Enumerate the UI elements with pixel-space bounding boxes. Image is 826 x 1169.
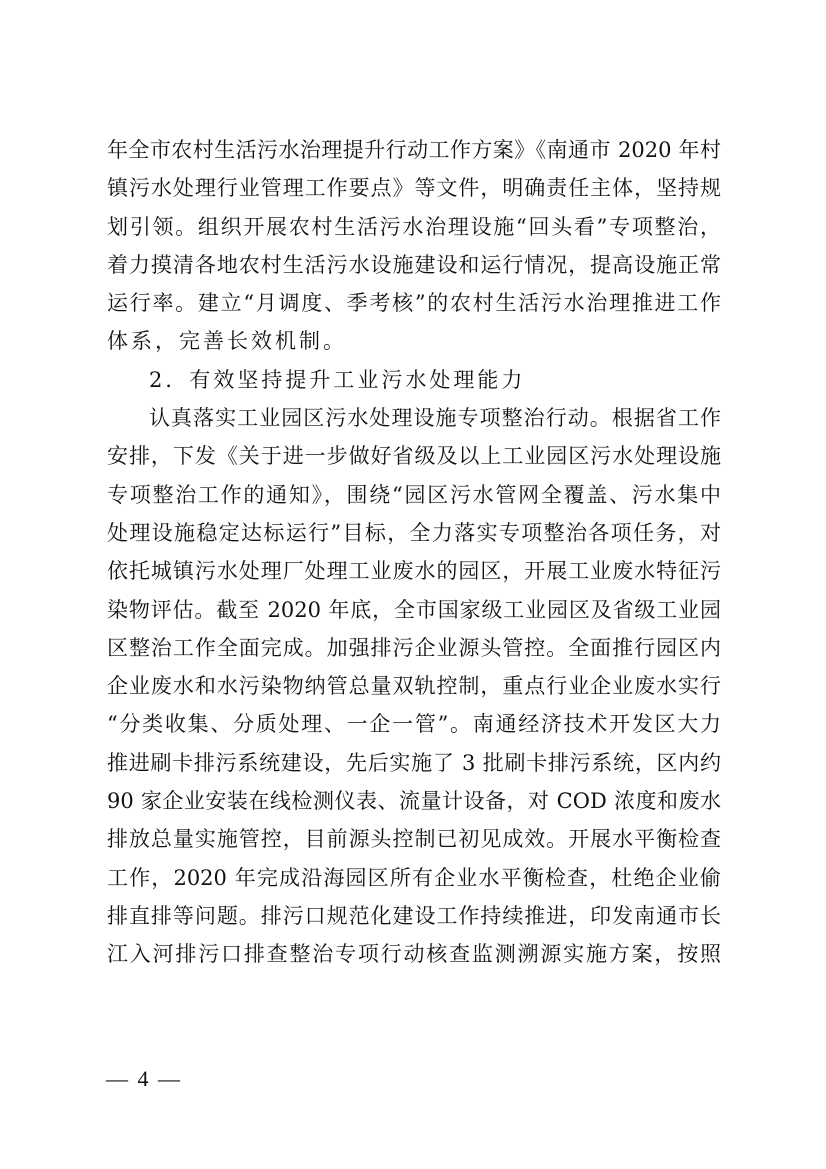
- text-line: 染物评估。截至 2020 年底，全市国家级工业园区及省级工业园: [107, 591, 721, 629]
- text-line: 企业废水和水污染物纳管总量双轨控制，重点行业企业废水实行: [107, 667, 721, 705]
- text-line: 区整治工作全面完成。加强排污企业源头管控。全面推行园区内: [107, 629, 721, 667]
- text-line: 排放总量实施管控，目前源头控制已初见成效。开展水平衡检查: [107, 820, 721, 858]
- text-line: 镇污水处理行业管理工作要点》等文件，明确责任主体，坚持规: [107, 169, 721, 207]
- text-line: 体系，完善长效机制。: [107, 322, 721, 360]
- text-line: 划引领。组织开展农村生活污水治理设施“回头看”专项整治，: [107, 208, 721, 246]
- text-line: 着力摸清各地农村生活污水设施建设和运行情况，提高设施正常: [107, 246, 721, 284]
- text-line: 安排，下发《关于进一步做好省级及以上工业园区污水处理设施: [107, 437, 721, 475]
- paragraph-industrial-sewage: 认真落实工业园区污水处理设施专项整治行动。根据省工作 安排，下发《关于进一步做好…: [107, 399, 721, 973]
- text-line: 依托城镇污水处理厂处理工业废水的园区，开展工业废水特征污: [107, 552, 721, 590]
- text-line: 工作，2020 年完成沿海园区所有企业水平衡检查，杜绝企业偷: [107, 859, 721, 897]
- text-line: 专项整治工作的通知》，围绕“园区污水管网全覆盖、污水集中: [107, 476, 721, 514]
- page-number: — 4 —: [106, 1064, 180, 1094]
- text-line: 认真落实工业园区污水处理设施专项整治行动。根据省工作: [107, 399, 721, 437]
- text-line: 90 家企业安装在线检测仪表、流量计设备，对 COD 浓度和废水: [107, 782, 721, 820]
- text-line: 运行率。建立“月调度、季考核”的农村生活污水治理推进工作: [107, 284, 721, 322]
- text-line: 处理设施稳定达标运行”目标，全力落实专项整治各项任务，对: [107, 514, 721, 552]
- text-line: 推进刷卡排污系统建设，先后实施了 3 批刷卡排污系统，区内约: [107, 744, 721, 782]
- section-heading: 2．有效坚持提升工业污水处理能力: [107, 361, 721, 399]
- body-text: 年全市农村生活污水治理提升行动工作方案》《南通市 2020 年村 镇污水处理行业…: [107, 131, 721, 974]
- paragraph-rural-sewage-continued: 年全市农村生活污水治理提升行动工作方案》《南通市 2020 年村 镇污水处理行业…: [107, 131, 721, 361]
- text-line: 排直排等问题。排污口规范化建设工作持续推进，印发南通市长: [107, 897, 721, 935]
- text-line: 江入河排污口排查整治专项行动核查监测溯源实施方案，按照: [107, 935, 721, 973]
- text-line: “分类收集、分质处理、一企一管”。南通经济技术开发区大力: [107, 705, 721, 743]
- document-page: 年全市农村生活污水治理提升行动工作方案》《南通市 2020 年村 镇污水处理行业…: [0, 0, 826, 1169]
- text-line: 年全市农村生活污水治理提升行动工作方案》《南通市 2020 年村: [107, 131, 721, 169]
